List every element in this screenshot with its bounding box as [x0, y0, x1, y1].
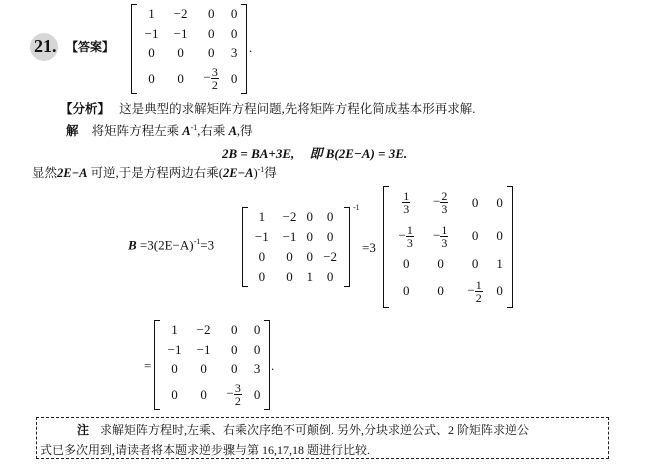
matrix-cell: 0: [303, 227, 316, 247]
solution-label: 解: [66, 123, 79, 138]
equation-part: 即 B(2E−A) = 3E.: [310, 146, 408, 161]
solution-text: ,右乘: [197, 124, 225, 138]
analysis-label: 【分析】: [60, 101, 110, 116]
note-box: 注 求解矩阵方程时,左乘、右乘次序绝不可颠倒. 另外,分块求逆公式、2 阶矩阵求…: [36, 417, 609, 459]
matrix-cell: 0: [250, 340, 264, 360]
solution-text: 将矩阵方程左乘: [92, 124, 180, 138]
matrix-cell: 0: [492, 220, 507, 254]
matrix-cell: 0: [250, 379, 264, 410]
matrix-cell: −1: [189, 340, 218, 360]
matrix-cell: 0: [248, 267, 276, 287]
note-label: 注: [77, 423, 89, 437]
matrix-cell: −1: [166, 24, 195, 44]
matrix-cell: −32: [218, 379, 250, 410]
right-bracket: [344, 207, 350, 287]
matrix-cell: 0: [458, 220, 492, 254]
solution-text: 得: [264, 166, 277, 180]
answer-period: .: [249, 40, 252, 56]
equation-part: =3(2E−A): [140, 237, 194, 252]
matrix-cell: 0: [250, 320, 264, 340]
analysis-line: 【分析】 这是典型的求解矩阵方程问题,先将矩阵方程化简成基本形再求解.: [60, 99, 475, 117]
matrix-cell: −13: [423, 220, 457, 254]
matrix-cell: 0: [218, 359, 250, 379]
matrix-cell: 0: [227, 24, 241, 44]
matrix-cell: 0: [137, 63, 166, 94]
note-text: 求解矩阵方程时,左乘、右乘次序绝不可颠倒. 另外,分块求逆公式、2 阶矩阵求逆公: [100, 423, 529, 437]
matrix-cell: 0: [195, 43, 227, 63]
matrix-a: A: [182, 124, 190, 138]
matrix-cell: 0: [423, 253, 457, 274]
matrix-cell: 0: [316, 267, 344, 287]
matrix-cell: 0: [227, 63, 241, 94]
analysis-text: 这是典型的求解矩阵方程问题,先将矩阵方程化简成基本形再求解.: [119, 102, 475, 116]
question-number-badge: 21.: [30, 33, 58, 61]
matrix-cell: −1: [248, 227, 276, 247]
matrix-cell: 0: [248, 247, 276, 267]
matrix-cell: −2: [166, 4, 195, 24]
matrix-cell: 0: [458, 253, 492, 274]
solution-text: 显然: [32, 166, 57, 180]
expression: 2E−A: [223, 166, 254, 180]
matrix-cell: 0: [276, 247, 304, 267]
matrix-cell: 0: [195, 4, 227, 24]
matrix-cell: 0: [303, 207, 316, 227]
matrix-cell: −2: [189, 320, 218, 340]
right-bracket: [264, 320, 270, 410]
matrix-cell: −2: [276, 207, 304, 227]
matrix-cell: −23: [423, 186, 457, 220]
matrix-cell: 3: [250, 359, 264, 379]
matrix-cell: 1: [137, 4, 166, 24]
matrix-cell: −32: [195, 63, 227, 94]
matrix-cell: 0: [195, 24, 227, 44]
matrix-cell: 0: [218, 320, 250, 340]
matrix-cell: 1: [160, 320, 189, 340]
matrix-cell: 0: [423, 274, 457, 308]
solution-text: 可逆,于是方程两边右乘(: [91, 166, 223, 180]
matrix-cell: 0: [189, 379, 218, 410]
matrix-cell: 3: [227, 43, 241, 63]
matrix-cell: 13: [389, 186, 423, 220]
matrix-b: B: [128, 237, 137, 252]
matrix-cell: 0: [276, 267, 304, 287]
note-line-1: 注 求解矩阵方程时,左乘、右乘次序绝不可颠倒. 另外,分块求逆公式、2 阶矩阵求…: [77, 421, 529, 438]
answer-label: 【答案】: [66, 38, 114, 55]
matrix-cell: −1: [160, 340, 189, 360]
matrix-cell: 0: [316, 227, 344, 247]
matrix-cell: 0: [303, 247, 316, 267]
solution-line-1: 解 将矩阵方程左乘 A-1,右乘 A,得: [66, 121, 253, 139]
answer-matrix: 1−200−1−100000300−320: [131, 4, 247, 94]
expression: 2E−A: [57, 166, 88, 180]
inverse-sup: -1: [353, 203, 360, 212]
matrix-cell: 0: [160, 379, 189, 410]
final-equals: =: [144, 358, 151, 374]
matrix-cell: 0: [458, 186, 492, 220]
matrix-cell: −12: [458, 274, 492, 308]
result-matrix: 13−2300−13−1300000100−120: [383, 186, 513, 308]
matrix-cell: 0: [389, 274, 423, 308]
matrix-cell: −2: [316, 247, 344, 267]
matrix-cell: −1: [276, 227, 304, 247]
big-equation-lhs: B =3(2E−A)-1=3: [128, 237, 214, 253]
matrix-cell: −1: [137, 24, 166, 44]
matrix-cell: 1: [303, 267, 316, 287]
matrix-cell: 1: [492, 253, 507, 274]
matrix-cell: 0: [492, 274, 507, 308]
matrix-cell: 0: [166, 43, 195, 63]
matrix-cell: 1: [248, 207, 276, 227]
question-number: 21.: [34, 36, 57, 57]
matrix-cell: 0: [189, 359, 218, 379]
matrix-cell: 0: [160, 359, 189, 379]
final-period: .: [271, 358, 274, 374]
right-bracket: [507, 186, 513, 308]
matrix-cell: 0: [389, 253, 423, 274]
equation-1: 2B = BA+3E, 即 B(2E−A) = 3E.: [222, 143, 407, 162]
matrix-cell: 0: [166, 63, 195, 94]
matrix-cell: −13: [389, 220, 423, 254]
equation-part: 2B = BA+3E,: [222, 146, 294, 161]
matrix-cell: 0: [316, 207, 344, 227]
matrix-cell: 0: [137, 43, 166, 63]
matrix-cell: 0: [218, 340, 250, 360]
inverse-matrix: 1−200−1−100000−20010: [242, 207, 350, 287]
matrix-cell: 0: [227, 4, 241, 24]
solution-line-3: 显然2E−A 可逆,于是方程两边右乘(2E−A)-1得: [32, 163, 277, 181]
final-matrix: 1−200−1−100000300−320: [154, 320, 270, 410]
equals-3: =3: [362, 240, 376, 256]
matrix-a: A: [229, 124, 237, 138]
equation-part: =3: [200, 237, 214, 252]
solution-text: ,得: [237, 124, 253, 138]
matrix-cell: 0: [492, 186, 507, 220]
note-line-2: 式已多次用到,请读者将本题求逆步骤与第 16,17,18 题进行比较.: [40, 441, 370, 458]
right-bracket: [241, 4, 247, 94]
